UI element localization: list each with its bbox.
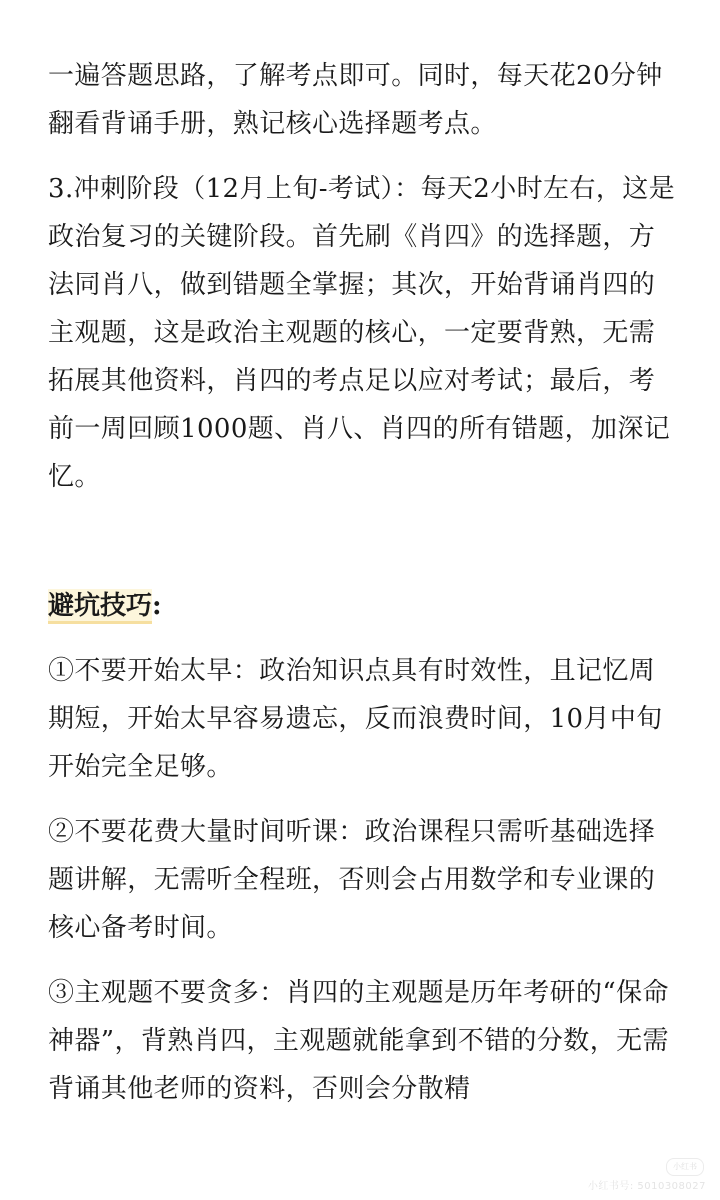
heading-colon: : (152, 591, 162, 621)
article-content: 一遍答题思路，了解考点即可。同时，每天花20分钟翻看背诵手册，熟记核心选择题考点… (48, 52, 678, 1130)
paragraph-intro-continued: 一遍答题思路，了解考点即可。同时，每天花20分钟翻看背诵手册，熟记核心选择题考点… (48, 52, 678, 148)
paragraph-phase-3: 3.冲刺阶段（12月上旬-考试）：每天2小时左右，这是政治复习的关键阶段。首先刷… (48, 165, 678, 501)
watermark-logo: 小红书 (666, 1158, 704, 1176)
spacer (48, 518, 678, 582)
section-heading: 避坑技巧: (48, 582, 678, 630)
tip-2: ②不要花费大量时间听课：政治课程只需听基础选择题讲解，无需听全程班，否则会占用数… (48, 808, 678, 952)
highlighted-heading: 避坑技巧 (48, 589, 152, 624)
tip-1: ①不要开始太早：政治知识点具有时效性，且记忆周期短，开始太早容易遗忘，反而浪费时… (48, 647, 678, 791)
watermark-id: 小红书号: 5010308027 (588, 1177, 706, 1192)
tip-3: ③主观题不要贪多：肖四的主观题是历年考研的“保命神器”，背熟肖四，主观题就能拿到… (48, 969, 678, 1113)
